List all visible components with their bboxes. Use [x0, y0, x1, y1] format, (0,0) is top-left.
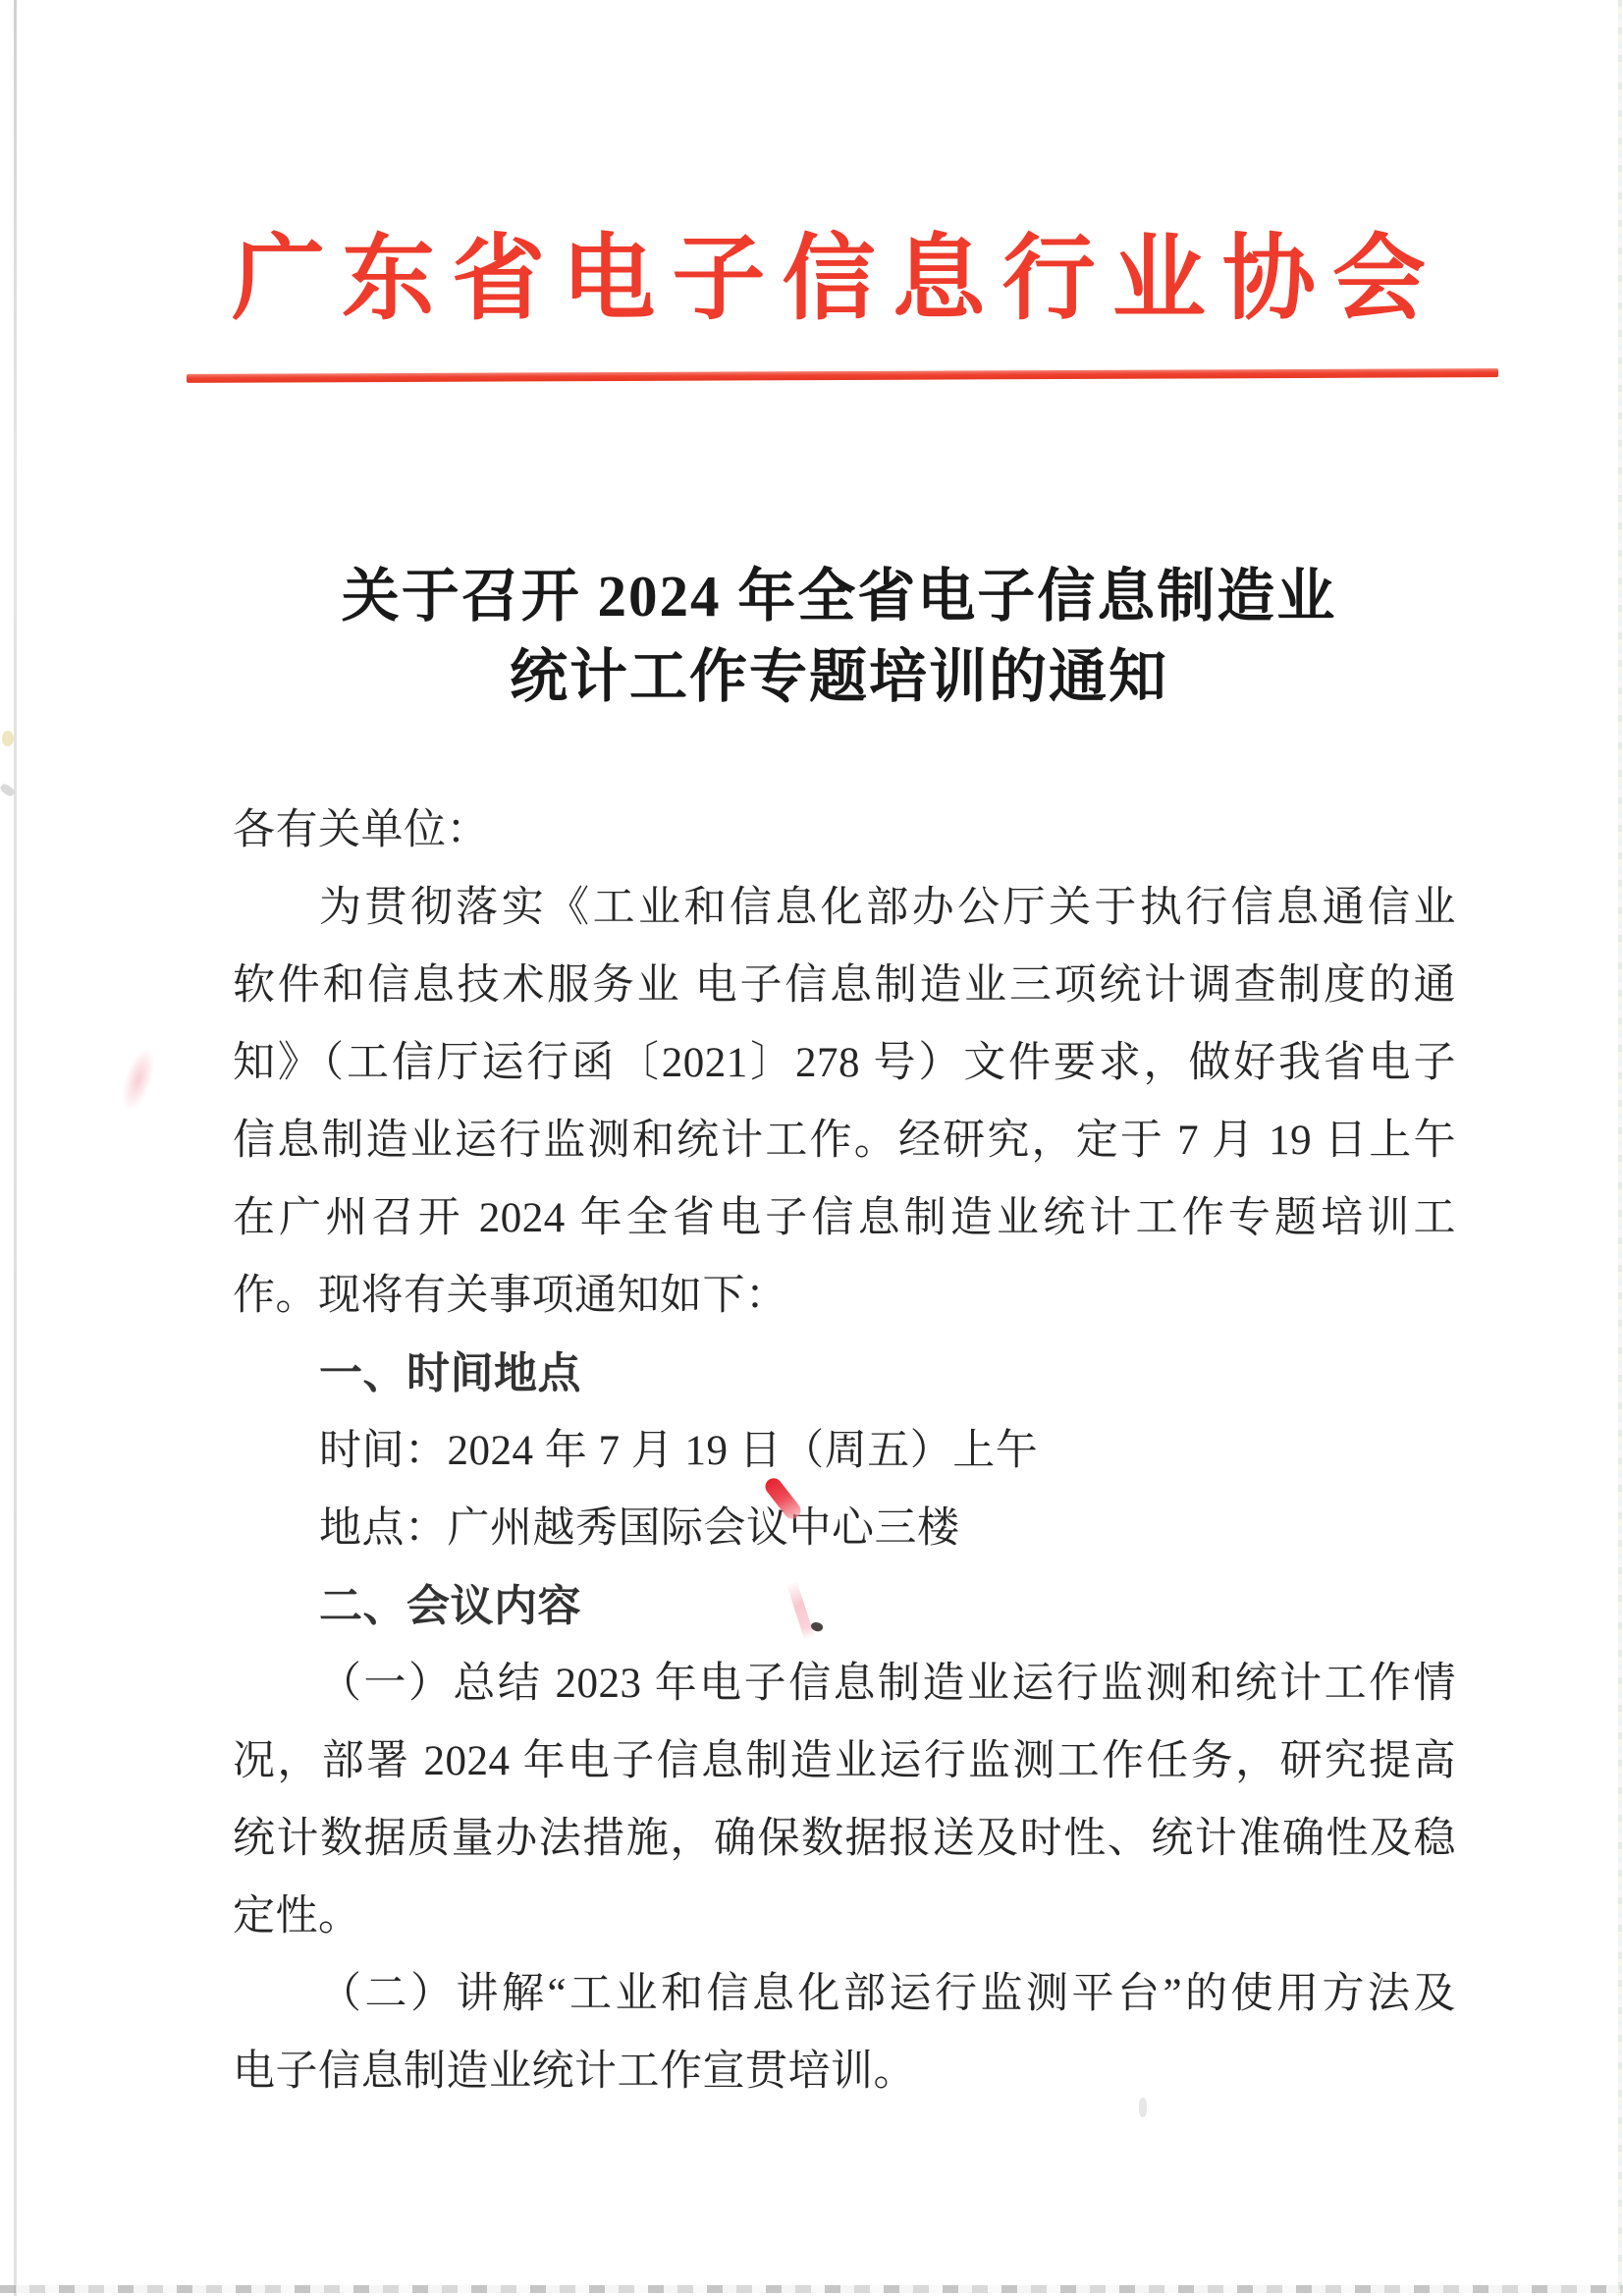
- body-line: 知》（工信厅运行函〔2021〕278 号）文件要求，做好我省电子: [233, 1024, 1456, 1102]
- body-line: 况，部署 2024 年电子信息制造业运行监测工作任务，研究提高: [233, 1722, 1456, 1800]
- body-line: 电子信息制造业统计工作宣贯培训。: [233, 2033, 1456, 2110]
- body-line: （一）总结 2023 年电子信息制造业运行监测和统计工作情: [233, 1645, 1456, 1722]
- section-heading-time-place: 一、时间地点: [233, 1335, 1456, 1412]
- body-line: 在广州召开 2024 年全省电子信息制造业统计工作专题培训工: [233, 1179, 1456, 1257]
- salutation-line: 各有关单位：: [233, 792, 1456, 869]
- notice-body: 各有关单位： 为贯彻落实《工业和信息化部办公厅关于执行信息通信业 软件和信息技术…: [233, 792, 1456, 2110]
- scan-edge-bottom-line: [0, 2285, 1623, 2293]
- scan-edge-right-line: [1618, 0, 1622, 2296]
- gray-smudge-mark: [1139, 2098, 1147, 2117]
- body-line: 定性。: [233, 1878, 1456, 1955]
- pink-smudge-mark: [116, 1045, 160, 1115]
- scan-edge-left-line: [14, 0, 17, 2296]
- org-letterhead-title: 广东省电子信息行业协会: [26, 204, 1623, 338]
- body-line: 为贯彻落实《工业和信息化部办公厅关于执行信息通信业: [233, 869, 1456, 947]
- doc-title-line1: 关于召开 2024 年全省电子信息制造业: [27, 556, 1623, 636]
- scanned-notice-page: 广东省电子信息行业协会 关于召开 2024 年全省电子信息制造业 统计工作专题培…: [0, 0, 1623, 2296]
- section-heading-agenda: 二、会议内容: [233, 1567, 1456, 1645]
- body-line: （二）讲解“工业和信息化部运行监测平台”的使用方法及: [233, 1955, 1456, 2033]
- body-line: 软件和信息技术服务业 电子信息制造业三项统计调查制度的通: [233, 947, 1456, 1024]
- doc-title-line2: 统计工作专题培训的通知: [27, 636, 1623, 717]
- body-line: 统计数据质量办法措施，确保数据报送及时性、统计准确性及稳: [233, 1800, 1456, 1878]
- meeting-place-line: 地点：广州越秀国际会议中心三楼: [233, 1490, 1456, 1567]
- body-line: 信息制造业运行监测和统计工作。经研究，定于 7 月 19 日上午: [233, 1102, 1456, 1179]
- body-line: 作。现将有关事项通知如下：: [233, 1257, 1456, 1335]
- letterhead-red-divider: [187, 368, 1498, 383]
- margin-speck-yellow: [2, 731, 14, 746]
- meeting-time-line: 时间：2024 年 7 月 19 日（周五）上午: [233, 1412, 1456, 1490]
- doc-title: 关于召开 2024 年全省电子信息制造业 统计工作专题培训的通知: [27, 556, 1623, 717]
